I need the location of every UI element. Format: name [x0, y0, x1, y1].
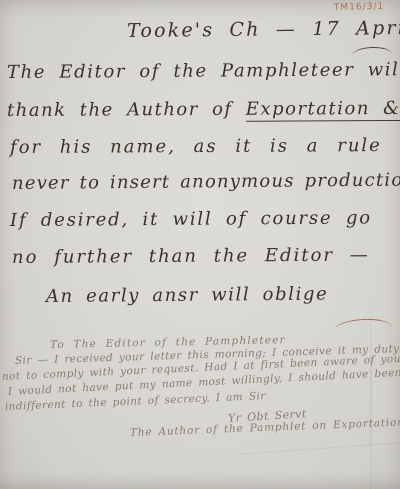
letter-line-5: If desired, it will of course go [10, 207, 372, 231]
heading-flourish [352, 46, 392, 55]
date-heading: Tooke's Ch — 17 April '18 [127, 16, 400, 42]
letter-paper: TM16/3/1 Tooke's Ch — 17 April '18 The E… [0, 0, 400, 489]
exportation-underlined-title: Exportation &c [246, 98, 400, 122]
letter-line-1: The Editor of the Pamphleteer will [7, 59, 400, 83]
letter-line-6: no further than the Editor — [12, 245, 370, 268]
paper-crease-vertical [370, 290, 372, 489]
paper-crease-diagonal [240, 442, 400, 454]
letter-line-4: never to insert anonymous productions. [12, 169, 400, 194]
red-ink-flourish [334, 317, 392, 330]
letter-line-2-prefix: thank the Author of [7, 99, 246, 121]
archive-reference: TM16/3/1 [334, 2, 384, 13]
letter-line-3: for his name, as it is a rule [10, 135, 382, 158]
letter-line-2: thank the Author of Exportation &c [7, 98, 400, 121]
letter-line-7: An early ansr will oblige [46, 284, 328, 307]
